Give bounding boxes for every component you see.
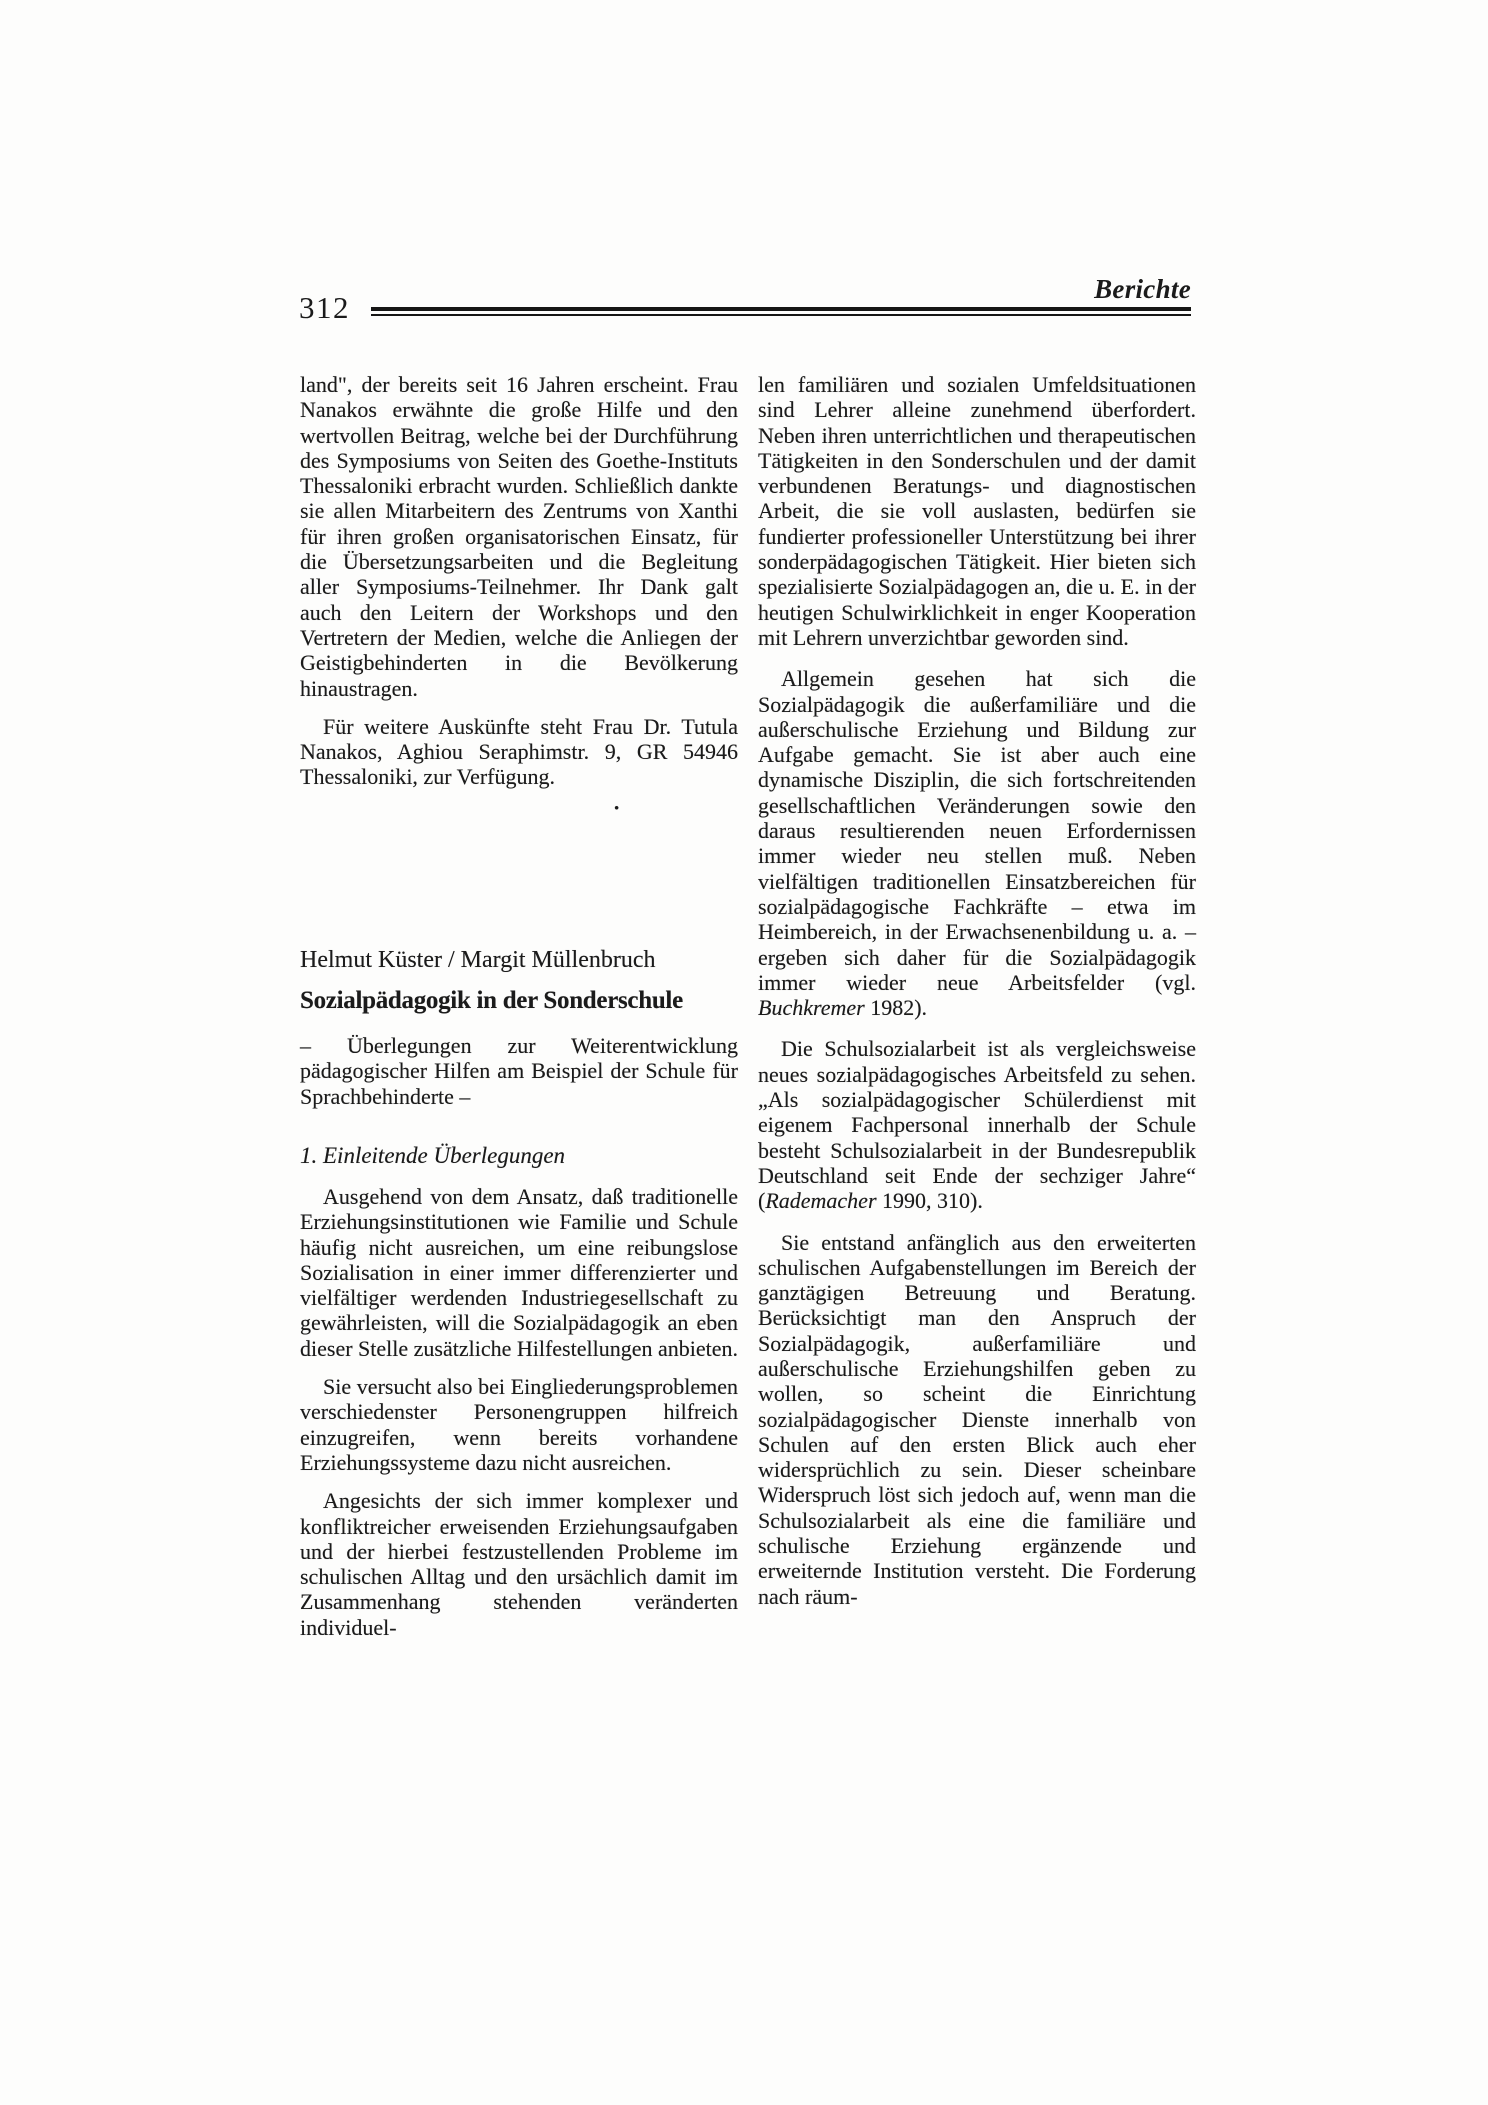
text-run: Die Schulsozialarbeit ist als vergleichs…: [758, 1036, 1196, 1213]
paragraph: Sie entstand anfänglich aus den erweiter…: [758, 1230, 1196, 1609]
paragraph: Ausgehend von dem Ansatz, daß traditione…: [300, 1184, 738, 1361]
section-heading: 1. Einleitende Überlegungen: [300, 1142, 738, 1170]
report-separator-dot: •: [300, 799, 738, 821]
text-run: 1990, 310).: [877, 1188, 983, 1213]
paragraph: land", der bereits seit 16 Jahren ersche…: [300, 372, 738, 701]
paragraph: len familiären und sozialen Umfeldsituat…: [758, 372, 1196, 650]
paragraph: Für weitere Auskünfte steht Frau Dr. Tut…: [300, 714, 738, 790]
article-title: Sozialpädagogik in der Sonderschule: [300, 986, 738, 1016]
running-header-title: Berichte: [1094, 274, 1191, 305]
section-1: 1. Einleitende Überlegungen Ausgehend vo…: [300, 1142, 738, 1640]
text-run: 1982).: [865, 995, 927, 1020]
paragraph: Allgemein gesehen hat sich die Sozialpäd…: [758, 666, 1196, 1020]
left-column: land", der bereits seit 16 Jahren ersche…: [300, 372, 738, 1872]
paragraph: Die Schulsozialarbeit ist als vergleichs…: [758, 1036, 1196, 1213]
scanned-journal-page: 312 Berichte land", der bereits seit 16 …: [0, 0, 1488, 2105]
header-double-rule: [371, 307, 1191, 316]
paragraph: Angesichts der sich immer komplexer und …: [300, 1488, 738, 1640]
right-column: len familiären und sozialen Umfeldsituat…: [758, 372, 1196, 1872]
text-run: Allgemein gesehen hat sich die Sozialpäd…: [758, 666, 1196, 995]
paragraph: Sie versucht also bei Eingliederungsprob…: [300, 1374, 738, 1475]
article-authors: Helmut Küster / Margit Müllenbruch: [300, 946, 738, 974]
article-header: Helmut Küster / Margit Müllenbruch Sozia…: [300, 946, 738, 1109]
italic-citation: Rademacher: [765, 1188, 876, 1213]
article-subtitle: – Überlegungen zur Weiterentwicklung päd…: [300, 1033, 738, 1109]
italic-citation: Buchkremer: [758, 995, 865, 1020]
page-number: 312: [299, 290, 350, 326]
